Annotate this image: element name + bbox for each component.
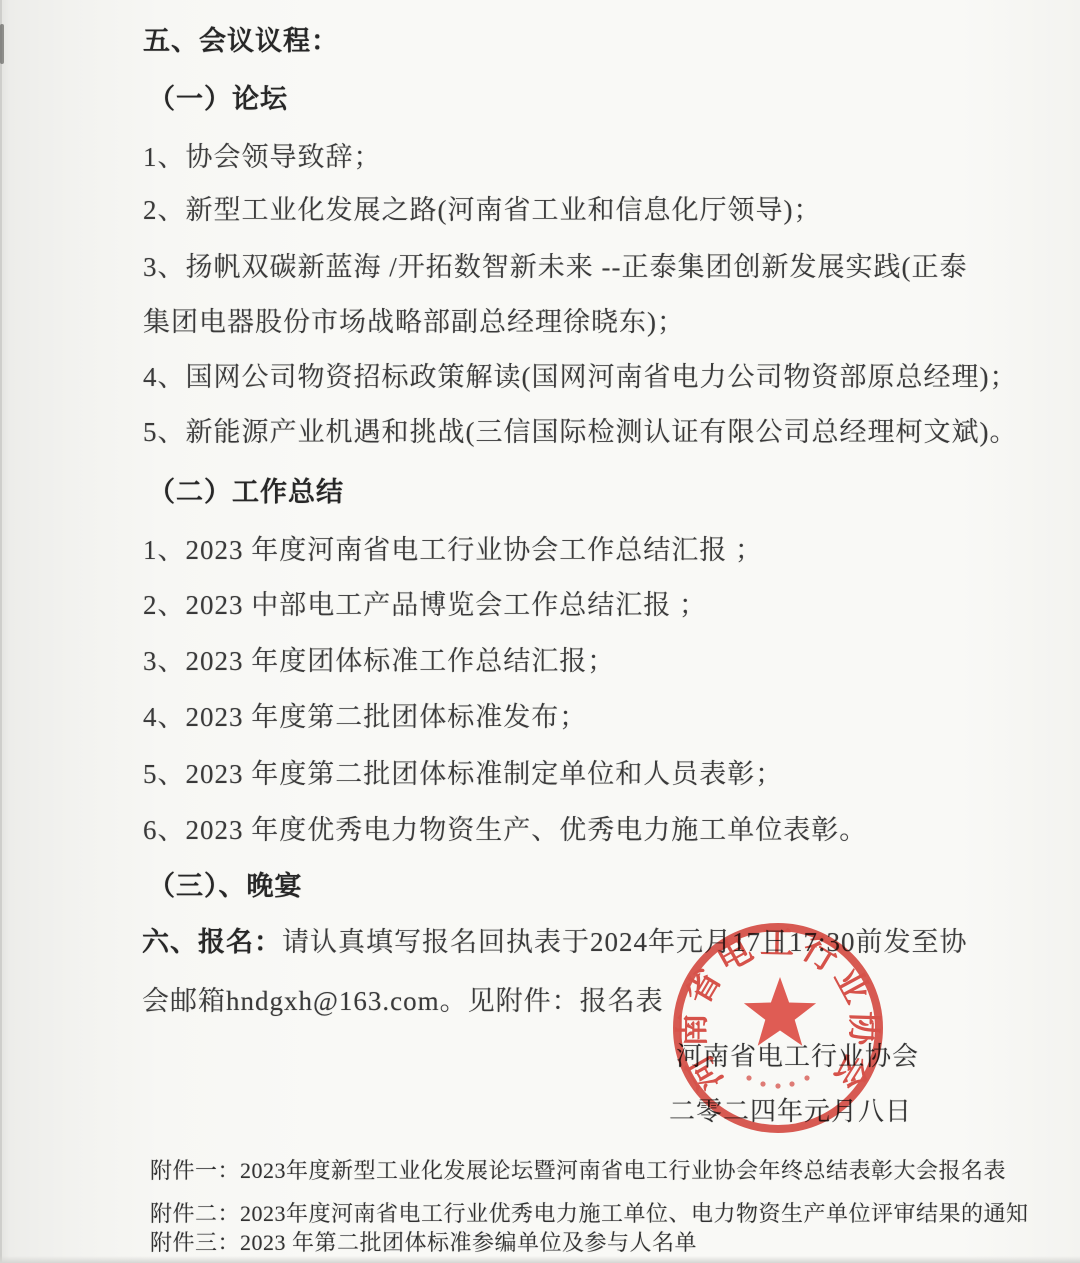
official-seal: 河南省电工行业协会 <box>656 906 900 1150</box>
forum-item-4: 4、国网公司物资招标政策解读(国网河南省电力公司物资部原总经理)； <box>143 362 1017 393</box>
seal-star-icon <box>744 977 816 1046</box>
summary-item-1: 1、2023 年度河南省电工行业协会工作总结汇报 ； <box>143 535 763 566</box>
forum-item-1: 1、协会领导致辞； <box>143 142 382 173</box>
forum-heading: （一）论坛 <box>148 84 288 115</box>
forum-item-5: 5、新能源产业机遇和挑战(三信国际检测认证有限公司总经理柯文斌)。 <box>143 417 1017 448</box>
scan-smudge-mark <box>0 24 4 64</box>
signup-label: 六、报名： <box>142 927 282 957</box>
forum-item-2: 2、新型工业化发展之路(河南省工业和信息化厅领导)； <box>143 195 821 226</box>
scan-bottom-shadow <box>0 1256 1080 1263</box>
summary-item-3: 3、2023 年度团体标准工作总结汇报； <box>143 646 615 677</box>
scanned-document-page: 五、会议议程： （一）论坛 1、协会领导致辞； 2、新型工业化发展之路(河南省工… <box>0 0 1080 1263</box>
attachment-1: 附件一：2023年度新型工业化发展论坛暨河南省电工行业协会年终总结表彰大会报名表 <box>150 1158 1006 1183</box>
forum-item-3-line1: 3、扬帆双碳新蓝海 /开拓数智新未来 --正泰集团创新发展实践(正泰 <box>143 252 967 283</box>
seal-serial-marks <box>746 1075 809 1088</box>
summary-item-5: 5、2023 年度第二批团体标准制定单位和人员表彰； <box>143 759 783 790</box>
forum-item-3-line2: 集团电器股份市场战略部副总经理徐晓东)； <box>143 307 685 338</box>
summary-item-2: 2、2023 中部电工产品博览会工作总结汇报 ； <box>143 590 707 621</box>
summary-heading: （二）工作总结 <box>148 477 344 508</box>
signup-line-2: 会邮箱hndgxh@163.com。见附件：报名表 <box>142 986 664 1017</box>
attachment-2: 附件二：2023年度河南省电工行业优秀电力施工单位、电力物资生产单位评审结果的通… <box>150 1201 1029 1226</box>
summary-item-4: 4、2023 年度第二批团体标准发布； <box>143 702 587 733</box>
attachment-3: 附件三：2023 年第二批团体标准参编单位及参与人名单 <box>150 1230 697 1255</box>
agenda-title: 五、会议议程： <box>143 26 339 57</box>
scan-edge-line <box>0 0 2 1263</box>
dinner-heading: （三）、晚宴 <box>148 871 303 902</box>
summary-item-6: 6、2023 年度优秀电力物资生产、优秀电力施工单位表彰。 <box>143 815 867 846</box>
